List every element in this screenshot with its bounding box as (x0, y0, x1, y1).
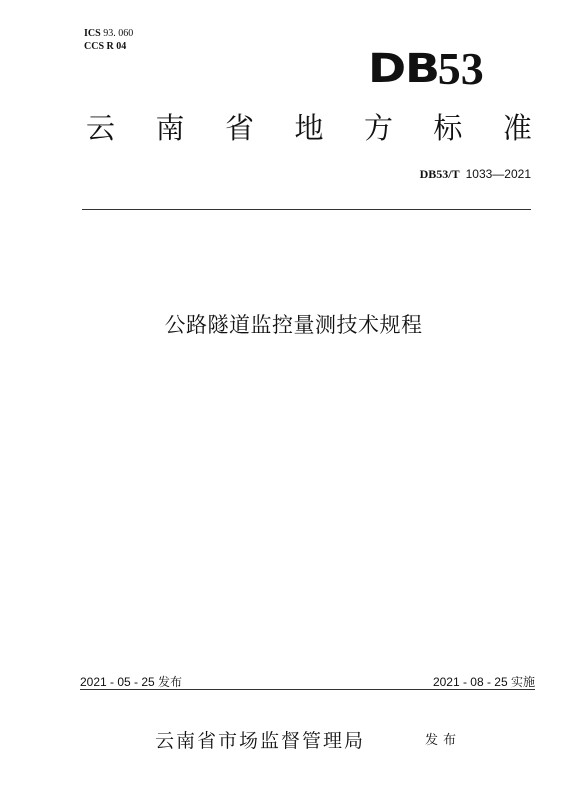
title-char: 标 (433, 108, 462, 148)
ics-code: ICS 93. 060 (84, 27, 133, 40)
issuing-authority: 云南省市场监督管理局 (155, 728, 365, 754)
bottom-divider (80, 689, 535, 690)
logo-letters: DB (368, 46, 439, 92)
ics-label: ICS (84, 28, 101, 39)
logo-number: 53 (438, 46, 484, 92)
implement-date: 2021 - 08 - 25 实施 (433, 675, 535, 689)
publish-date: 2021 - 05 - 25 发布 (80, 675, 182, 689)
db53-logo: DB 53 (368, 46, 484, 92)
ics-value: 93. 060 (103, 28, 133, 39)
ccs-code: CCS R 04 (84, 40, 133, 53)
classification-codes: ICS 93. 060 CCS R 04 (84, 27, 133, 53)
top-divider (82, 209, 531, 210)
issue-label: 发布 (425, 732, 461, 750)
title-char: 地 (294, 108, 323, 148)
standard-code: DB53/T1033—2021 (420, 166, 531, 182)
code-number: 1033—2021 (466, 167, 531, 181)
ccs-value: R 04 (107, 41, 127, 52)
code-prefix: DB53/T (420, 167, 460, 181)
title-char: 准 (503, 108, 532, 148)
standard-type-title: 云 南 省 地 方 标 准 (86, 108, 532, 148)
title-char: 南 (155, 108, 184, 148)
document-title: 公路隧道监控量测技术规程 (0, 310, 587, 340)
title-char: 省 (225, 108, 254, 148)
title-char: 方 (364, 108, 393, 148)
ccs-label: CCS (84, 41, 104, 52)
title-char: 云 (86, 108, 115, 148)
